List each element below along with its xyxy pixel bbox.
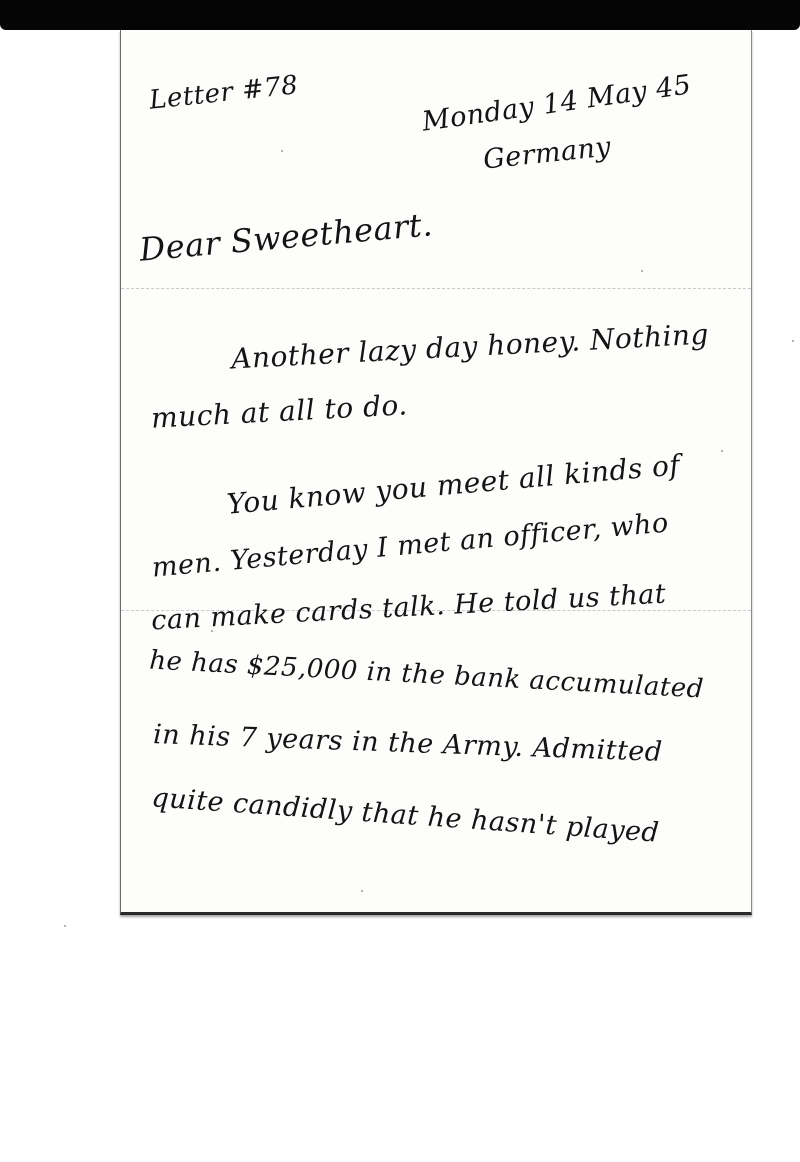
letter-number: Letter #78 [148,70,300,115]
letter-line: Another lazy day honey. Nothing [230,318,709,376]
scan-speck [721,450,723,452]
letter-date: Monday 14 May 45 [420,69,693,137]
salutation: Dear Sweetheart. [138,205,434,268]
scan-speck [211,630,213,632]
letter-place: Germany [482,131,613,175]
scan-speck [641,270,643,272]
scan-speck [64,925,66,927]
scan-speck [281,150,283,152]
letter-line: can make cards talk. He told us that [151,579,667,637]
letter-line: much at all to do. [150,388,408,434]
letter-line: You know you meet all kinds of [225,448,681,521]
letter-line: quite candidly that he hasn't played [151,782,661,848]
scan-top-bar [0,0,800,30]
fold-line [121,288,751,289]
letter-line: in his 7 years in the Army. Admitted [153,719,664,768]
scan-speck [792,340,794,342]
letter-line: he has $25,000 in the bank accumulated [149,645,705,704]
scan-speck [361,890,363,892]
letter-page: Letter #78 Monday 14 May 45 Germany Dear… [120,30,752,915]
